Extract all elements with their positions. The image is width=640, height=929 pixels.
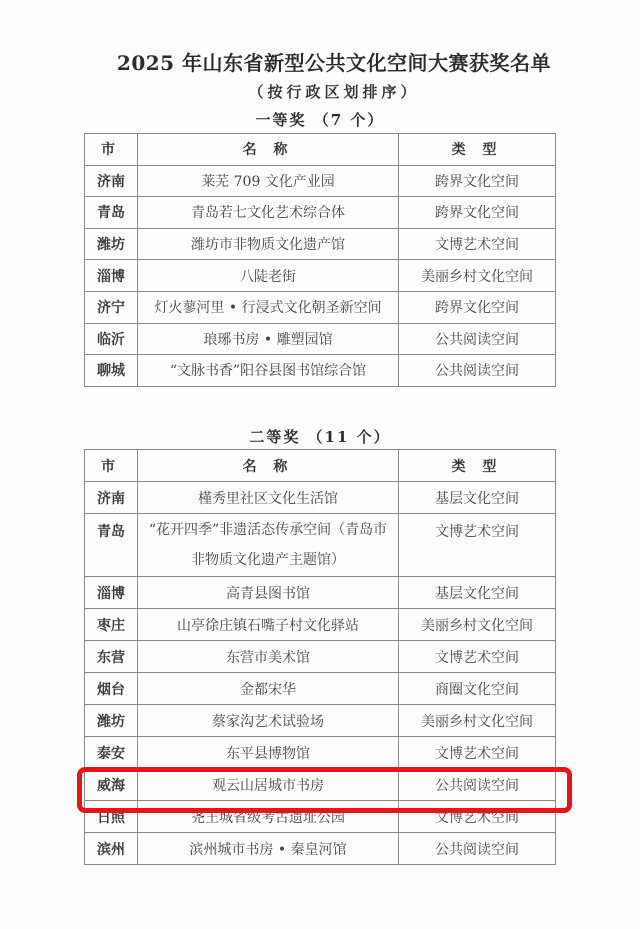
cell-type: 公共阅读空间 xyxy=(399,769,556,801)
cell-type: 商圈文化空间 xyxy=(399,673,556,705)
table-row: 东营 东营市美术馆 文博艺术空间 xyxy=(85,641,556,673)
table-row: 临沂 琅琊书房 • 雕塑园馆 公共阅读空间 xyxy=(85,323,556,355)
cell-name: 潍坊市非物质文化遗产馆 xyxy=(138,228,399,260)
table-row: 聊城 “文脉书香”阳谷县图书馆综合馆 公共阅读空间 xyxy=(85,355,556,387)
cell-city: 淄博 xyxy=(85,577,138,609)
cell-type: 文博艺术空间 xyxy=(399,801,556,833)
cell-name: 琅琊书房 • 雕塑园馆 xyxy=(138,323,399,355)
table-row: 潍坊 蔡家沟艺术试验场 美丽乡村文化空间 xyxy=(85,705,556,737)
table-row: 烟台 金都宋华 商圈文化空间 xyxy=(85,673,556,705)
cell-type: 公共阅读空间 xyxy=(399,833,556,865)
cell-city: 烟台 xyxy=(85,673,138,705)
cell-type: 公共阅读空间 xyxy=(399,355,556,387)
table-row: 济南 莱芜 709 文化产业园 跨界文化空间 xyxy=(85,165,556,197)
cell-city: 临沂 xyxy=(85,323,138,355)
table-header-row: 市 名 称 类 型 xyxy=(85,134,556,166)
cell-type: 基层文化空间 xyxy=(399,482,556,514)
cell-type: 跨界文化空间 xyxy=(399,291,556,323)
cell-name: “花开四季”非遗活态传承空间（青岛市非物质文化遗产主题馆） xyxy=(138,514,399,577)
table-header-row: 市 名 称 类 型 xyxy=(85,450,556,482)
table-row: 日照 尧王城省级考古遗址公园 文博艺术空间 xyxy=(85,801,556,833)
cell-name: 高青县图书馆 xyxy=(138,577,399,609)
first-prize-heading: 一等奖 （7 个） xyxy=(0,109,640,130)
cell-city: 青岛 xyxy=(85,514,138,577)
cell-city: 济宁 xyxy=(85,291,138,323)
cell-type: 文博艺术空间 xyxy=(399,737,556,769)
cell-city: 淄博 xyxy=(85,260,138,292)
cell-name: 东营市美术馆 xyxy=(138,641,399,673)
column-header-type: 类 型 xyxy=(399,134,556,166)
table-row-highlighted: 威海 观云山居城市书房 公共阅读空间 xyxy=(85,769,556,801)
second-prize-heading: 二等奖 （11 个） xyxy=(0,426,640,447)
table-row: 青岛 “花开四季”非遗活态传承空间（青岛市非物质文化遗产主题馆） 文博艺术空间 xyxy=(85,514,556,577)
table-row: 滨州 滨州城市书房 • 秦皇河馆 公共阅读空间 xyxy=(85,833,556,865)
cell-type: 文博艺术空间 xyxy=(399,228,556,260)
column-header-city: 市 xyxy=(85,134,138,166)
second-prize-table: 市 名 称 类 型 济南 槿秀里社区文化生活馆 基层文化空间 青岛 “花开四季”… xyxy=(84,449,556,865)
cell-city: 济南 xyxy=(85,482,138,514)
cell-type: 美丽乡村文化空间 xyxy=(399,260,556,292)
table-row: 济南 槿秀里社区文化生活馆 基层文化空间 xyxy=(85,482,556,514)
table-row: 济宁 灯火蓼河里 • 行浸式文化朝圣新空间 跨界文化空间 xyxy=(85,291,556,323)
cell-name: 观云山居城市书房 xyxy=(138,769,399,801)
cell-city: 青岛 xyxy=(85,197,138,229)
cell-name: 山亭徐庄镇石嘴子村文化驿站 xyxy=(138,609,399,641)
table-row: 青岛 青岛若七文化艺术综合体 跨界文化空间 xyxy=(85,197,556,229)
cell-city: 泰安 xyxy=(85,737,138,769)
cell-name: 灯火蓼河里 • 行浸式文化朝圣新空间 xyxy=(138,291,399,323)
cell-name: 尧王城省级考古遗址公园 xyxy=(138,801,399,833)
cell-type: 跨界文化空间 xyxy=(399,165,556,197)
cell-city: 威海 xyxy=(85,769,138,801)
cell-name: “文脉书香”阳谷县图书馆综合馆 xyxy=(138,355,399,387)
document-subtitle: （按行政区划排序） xyxy=(0,81,640,102)
cell-name: 东平县博物馆 xyxy=(138,737,399,769)
table-row: 枣庄 山亭徐庄镇石嘴子村文化驿站 美丽乡村文化空间 xyxy=(85,609,556,641)
column-header-name: 名 称 xyxy=(138,450,399,482)
first-prize-table: 市 名 称 类 型 济南 莱芜 709 文化产业园 跨界文化空间 青岛 青岛若七… xyxy=(84,133,556,387)
cell-city: 东营 xyxy=(85,641,138,673)
cell-type: 美丽乡村文化空间 xyxy=(399,705,556,737)
column-header-type: 类 型 xyxy=(399,450,556,482)
cell-name: 金都宋华 xyxy=(138,673,399,705)
table-row: 淄博 八陡老街 美丽乡村文化空间 xyxy=(85,260,556,292)
cell-name: 八陡老街 xyxy=(138,260,399,292)
cell-name: 莱芜 709 文化产业园 xyxy=(138,165,399,197)
cell-name: 青岛若七文化艺术综合体 xyxy=(138,197,399,229)
cell-name: 滨州城市书房 • 秦皇河馆 xyxy=(138,833,399,865)
cell-name: 槿秀里社区文化生活馆 xyxy=(138,482,399,514)
table-row: 泰安 东平县博物馆 文博艺术空间 xyxy=(85,737,556,769)
table-row: 淄博 高青县图书馆 基层文化空间 xyxy=(85,577,556,609)
cell-type: 文博艺术空间 xyxy=(399,641,556,673)
cell-type: 跨界文化空间 xyxy=(399,197,556,229)
cell-type: 基层文化空间 xyxy=(399,577,556,609)
cell-city: 聊城 xyxy=(85,355,138,387)
cell-city: 潍坊 xyxy=(85,228,138,260)
cell-city: 枣庄 xyxy=(85,609,138,641)
cell-type: 文博艺术空间 xyxy=(399,514,556,577)
cell-city: 济南 xyxy=(85,165,138,197)
column-header-name: 名 称 xyxy=(138,134,399,166)
cell-city: 日照 xyxy=(85,801,138,833)
cell-type: 美丽乡村文化空间 xyxy=(399,609,556,641)
cell-type: 公共阅读空间 xyxy=(399,323,556,355)
cell-city: 潍坊 xyxy=(85,705,138,737)
document-title: 2025 年山东省新型公共文化空间大赛获奖名单 xyxy=(0,47,640,76)
cell-city: 滨州 xyxy=(85,833,138,865)
column-header-city: 市 xyxy=(85,450,138,482)
table-row: 潍坊 潍坊市非物质文化遗产馆 文博艺术空间 xyxy=(85,228,556,260)
cell-name: 蔡家沟艺术试验场 xyxy=(138,705,399,737)
